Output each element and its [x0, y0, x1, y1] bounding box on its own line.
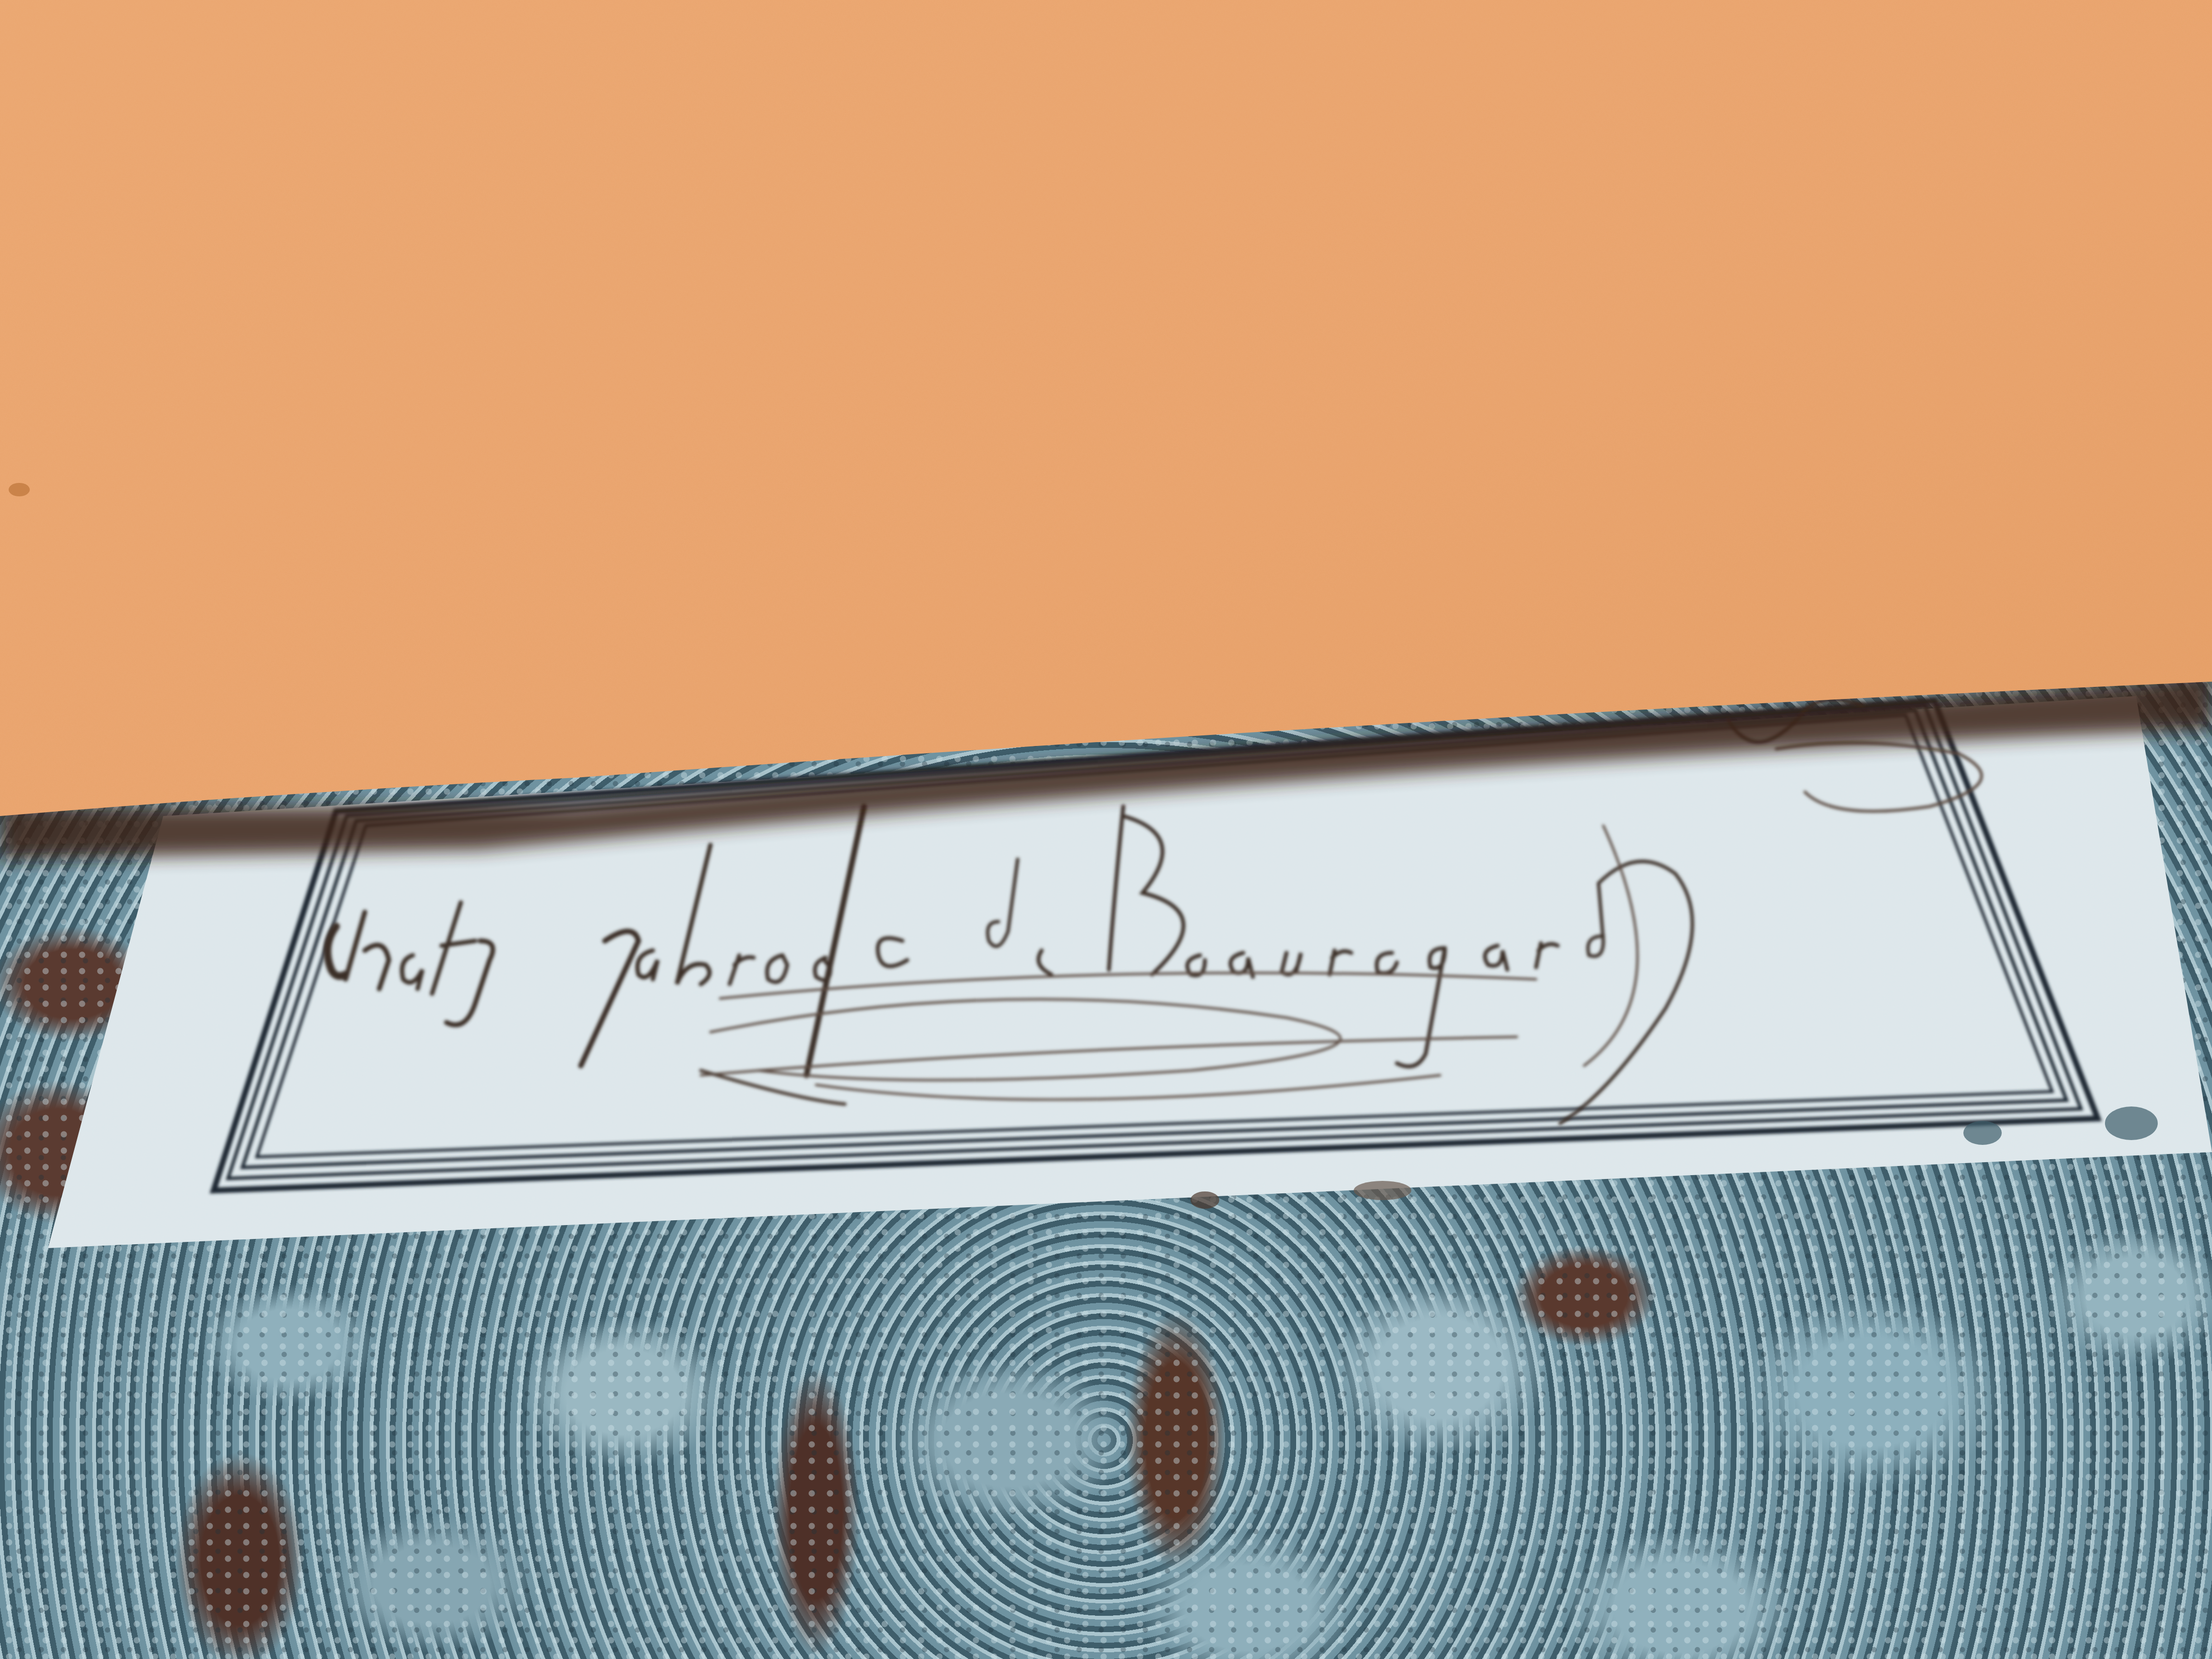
- photo-scene: Chat[eau] Fabrosse de Beauregard: [0, 0, 2212, 1659]
- marbled-paper-cover: [0, 0, 2212, 1659]
